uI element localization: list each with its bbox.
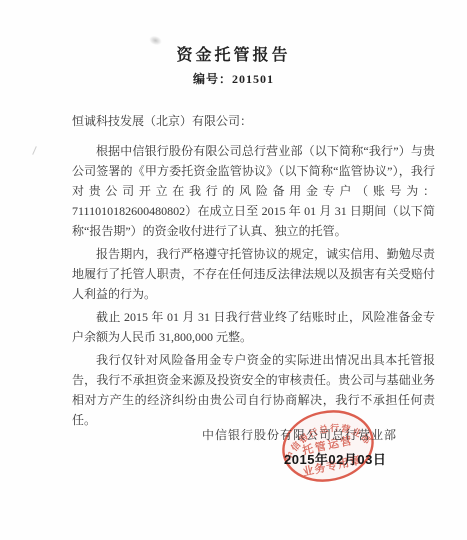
body-paragraph-3: 截止 2015 年 01 月 31 日我行营业终了结账时止，风险准备金专户余额为…: [72, 307, 435, 347]
body-paragraph-2: 报告期内，我行严格遵守托管协议的规定，诚实信用、勤勉尽责地履行了托管人职责，不存…: [72, 244, 435, 304]
scan-tick-artifact: [32, 146, 37, 155]
document-body: 恒诚科技发展（北京）有限公司： 根据中信银行股份有限公司总行营业部（以下简称“我…: [72, 111, 435, 430]
doc-number-value: 201501: [232, 72, 274, 86]
body-paragraph-4: 我行仅针对风险备用金专户资金的实际进出情况出具本托管报告，我行不承担资金来源及投…: [72, 350, 435, 430]
body-paragraph-1: 根据中信银行股份有限公司总行营业部（以下简称“我行”）与贵公司签署的《甲方委托资…: [72, 141, 435, 241]
page-title: 资金托管报告: [0, 42, 467, 65]
doc-number-label: 编号：: [193, 72, 232, 86]
signature-line: 中信银行股份有限公司总行营业部: [72, 426, 397, 443]
doc-number: 编号：201501: [0, 70, 467, 87]
recipient-line: 恒诚科技发展（北京）有限公司：: [72, 111, 435, 131]
document-page: 资金托管报告 编号：201501 恒诚科技发展（北京）有限公司： 根据中信银行股…: [0, 0, 467, 540]
date-line: 2015年02月03日: [284, 449, 386, 468]
